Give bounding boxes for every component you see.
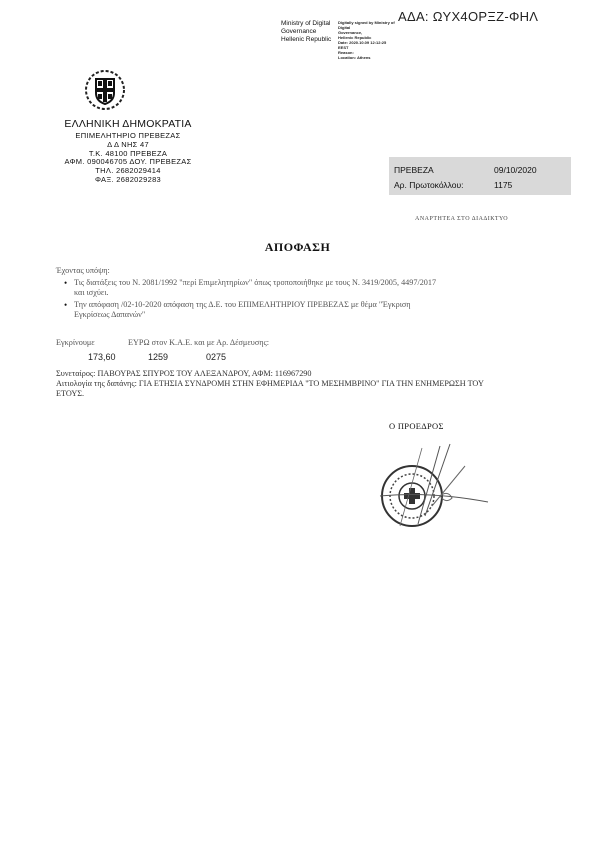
protocol-label: Αρ. Πρωτοκόλλου:	[394, 180, 494, 190]
kae-value: 1259	[148, 352, 206, 362]
bullet-text: και ισχύει.	[74, 288, 526, 299]
greek-coat-of-arms-icon	[84, 69, 126, 111]
approval-line: ΕγκρίνουμεΕΥΡΩ στον Κ.Α.Ε. και με Αρ. Δέ…	[56, 338, 269, 347]
place-label: ΠΡΕΒΕΖΑ	[394, 165, 494, 175]
document-title: ΑΠΟΦΑΣΗ	[0, 240, 595, 255]
document-body: Έχοντας υπόψη: Τις διατάξεις του Ν. 2081…	[56, 266, 526, 321]
bullet-text: Την απόφαση /02-10-2020 απόφαση της Δ.Ε.…	[74, 300, 526, 311]
digital-signature-block: Ministry of Digital Governance Hellenic …	[281, 20, 331, 44]
document-date: 09/10/2020	[494, 165, 537, 175]
partner-line: Συνεταίρος: ΠΑΒΟΥΡΑΣ ΣΠΥΡΟΣ ΤΟΥ ΑΛΕΞΑΝΔΡ…	[56, 369, 536, 379]
approve-rest: ΕΥΡΩ στον Κ.Α.Ε. και με Αρ. Δέσμευσης:	[128, 338, 269, 347]
signature-line: Governance	[281, 28, 331, 36]
approval-values: 173,6012590275	[88, 352, 226, 362]
approve-label: Εγκρίνουμε	[56, 338, 128, 347]
signature-meta-line: Location: Athens	[338, 55, 398, 60]
signature-line: Ministry of Digital	[281, 20, 331, 28]
signature-line: Hellenic Republic	[281, 36, 331, 44]
justification-line: Αιτιολογία της δαπάνης: ΓΙΑ ΕΤΗΣΙΑ ΣΥΝΔΡ…	[56, 379, 536, 389]
bullet-text: Εγκρίσεως Δαπανών"	[74, 310, 526, 321]
protocol-box: ΠΡΕΒΕΖΑ09/10/2020 Αρ. Πρωτοκόλλου:1175	[389, 157, 571, 195]
signatory-role: Ο ΠΡΟΕΔΡΟΣ	[389, 421, 444, 431]
list-item: Την απόφαση /02-10-2020 απόφαση της Δ.Ε.…	[66, 300, 526, 321]
protocol-number: 1175	[494, 180, 512, 190]
commitment-value: 0275	[206, 352, 226, 362]
official-stamp-icon	[370, 436, 490, 536]
partner-block: Συνεταίρος: ΠΑΒΟΥΡΑΣ ΣΠΥΡΟΣ ΤΟΥ ΑΛΕΞΑΝΔΡ…	[56, 369, 536, 400]
protocol-row: Αρ. Πρωτοκόλλου:1175	[394, 180, 512, 190]
posted-note: ΑΝΑΡΤΗΤΕΑ ΣΤΟ ΔΙΑΔΙΚΤΥΟ	[415, 216, 508, 222]
amount-value: 173,60	[88, 352, 148, 362]
ada-code: ΑΔΑ: ΩΥΧ4ΟΡΞΖ-ΦΗΛ	[398, 9, 538, 24]
signature-meta-line: Digitally signed by Ministry of Digital	[338, 20, 398, 30]
issuer-block: ΕΛΛΗΝΙΚΗ ΔΗΜΟΚΡΑΤΙΑ ΕΠΙΜΕΛΗΤΗΡΙΟ ΠΡΕΒΕΖΑ…	[44, 118, 212, 185]
list-item: Τις διατάξεις του Ν. 2081/1992 "περί Επι…	[66, 278, 526, 299]
considerations-list: Τις διατάξεις του Ν. 2081/1992 "περί Επι…	[56, 278, 526, 321]
issuer-fax: ΦΑΞ. 2682029283	[44, 176, 212, 185]
bullet-text: Τις διατάξεις του Ν. 2081/1992 "περί Επι…	[74, 278, 526, 289]
signature-meta: Digitally signed by Ministry of Digital …	[338, 20, 398, 60]
considering-label: Έχοντας υπόψη:	[56, 266, 526, 277]
country-name: ΕΛΛΗΝΙΚΗ ΔΗΜΟΚΡΑΤΙΑ	[44, 118, 212, 130]
date-row: ΠΡΕΒΕΖΑ09/10/2020	[394, 165, 537, 175]
justification-line: ΕΤΟΥΣ.	[56, 389, 536, 399]
